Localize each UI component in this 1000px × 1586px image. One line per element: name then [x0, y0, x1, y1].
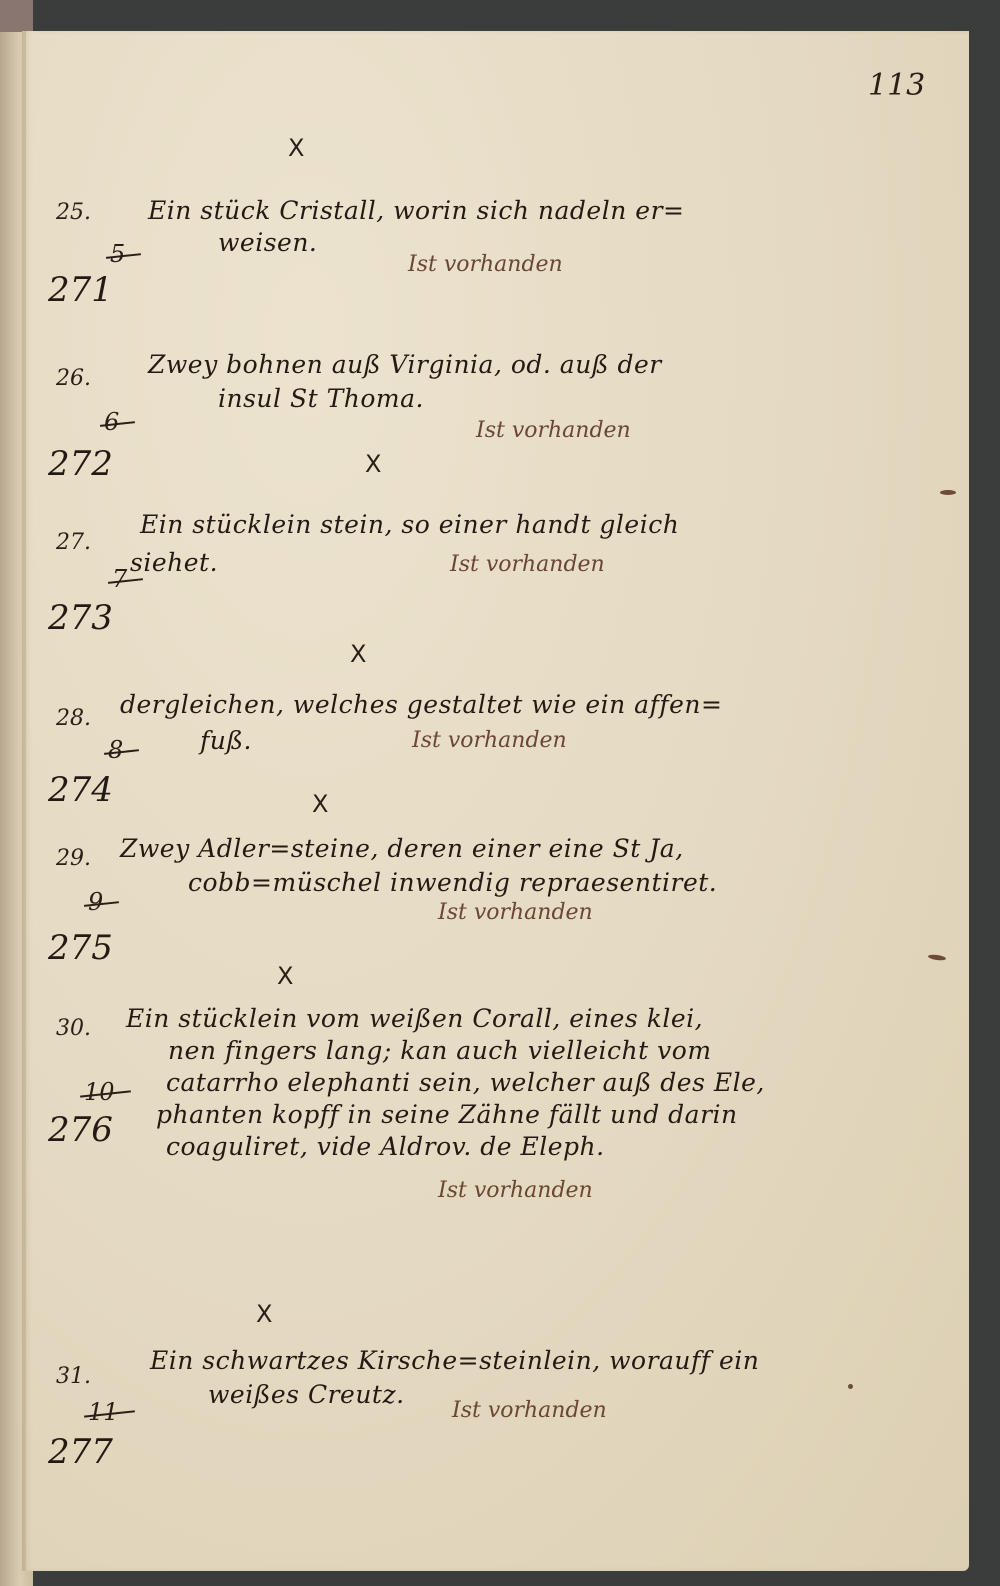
binding-fold	[22, 31, 26, 1571]
entry-number: 31.	[56, 1364, 91, 1389]
status-note: Ist vorhanden	[438, 900, 593, 925]
check-mark: X	[288, 134, 304, 162]
entry-text-line: insul St Thoma.	[218, 384, 424, 413]
ink-spot	[848, 1384, 853, 1389]
old-number-struck: 11	[88, 1398, 119, 1426]
entry-text-line: Ein schwartzes Kirsche=steinlein, worauf…	[150, 1346, 759, 1375]
status-note: Ist vorhanden	[438, 1178, 593, 1203]
left-page-corner	[0, 0, 33, 32]
check-mark: X	[365, 450, 381, 478]
old-number-struck: 5	[110, 240, 125, 268]
folio-number: 113	[868, 68, 925, 103]
entry-text-line: phanten kopff in seine Zähne fällt und d…	[156, 1100, 738, 1129]
new-number: 276	[48, 1110, 113, 1150]
entry-text-line: cobb=müschel inwendig repraesentiret.	[188, 868, 717, 897]
entry-text-line: weißes Creutz.	[208, 1380, 405, 1409]
entry-text-line: Ein stück Cristall, worin sich nadeln er…	[148, 196, 684, 225]
entry-text-line: nen fingers lang; kan auch vielleicht vo…	[168, 1036, 712, 1065]
check-mark: X	[350, 640, 366, 668]
entry-number: 26.	[56, 366, 91, 391]
status-note: Ist vorhanden	[452, 1398, 607, 1423]
old-number: 7	[112, 565, 127, 593]
entry-text-line: fuß.	[200, 726, 252, 755]
entry-number: 25.	[56, 200, 91, 225]
old-number-struck: 8	[108, 736, 123, 764]
new-number: 273	[48, 598, 113, 638]
entry-number: 30.	[56, 1016, 91, 1041]
status-note: Ist vorhanden	[412, 728, 567, 753]
entry-number: 29.	[56, 846, 91, 871]
entry-text-line: weisen.	[218, 228, 317, 257]
old-number-struck: 9	[88, 888, 103, 916]
status-note: Ist vorhanden	[476, 418, 631, 443]
new-number: 275	[48, 928, 113, 968]
status-note: Ist vorhanden	[408, 252, 563, 277]
entry-text-line: Ein stücklein vom weißen Corall, eines k…	[126, 1004, 703, 1033]
check-mark: X	[256, 1300, 272, 1328]
entry-text-line: coaguliret, vide Aldrov. de Eleph.	[166, 1132, 605, 1161]
old-number-struck: 6	[104, 408, 119, 436]
ink-stain	[940, 490, 956, 495]
new-number: 274	[48, 770, 113, 810]
entry-text-line: Zwey bohnen auß Virginia, od. auß der	[148, 350, 662, 379]
check-mark: X	[277, 962, 293, 990]
entry-number: 27.	[56, 530, 91, 555]
status-note: Ist vorhanden	[450, 552, 605, 577]
new-number: 272	[48, 444, 113, 484]
check-mark: X	[312, 790, 328, 818]
entry-text-line: catarrho elephanti sein, welcher auß des…	[166, 1068, 765, 1097]
entry-text-line: dergleichen, welches gestaltet wie ein a…	[120, 690, 722, 719]
entry-number: 28.	[56, 706, 91, 731]
entry-text-line: siehet.	[130, 548, 218, 577]
entry-text-line: Zwey Adler=steine, deren einer eine St J…	[120, 834, 684, 863]
entry-text-line: Ein stücklein stein, so einer handt glei…	[140, 510, 679, 539]
new-number: 271	[48, 270, 113, 310]
new-number: 277	[48, 1432, 113, 1472]
old-number-struck: 10	[84, 1078, 115, 1106]
